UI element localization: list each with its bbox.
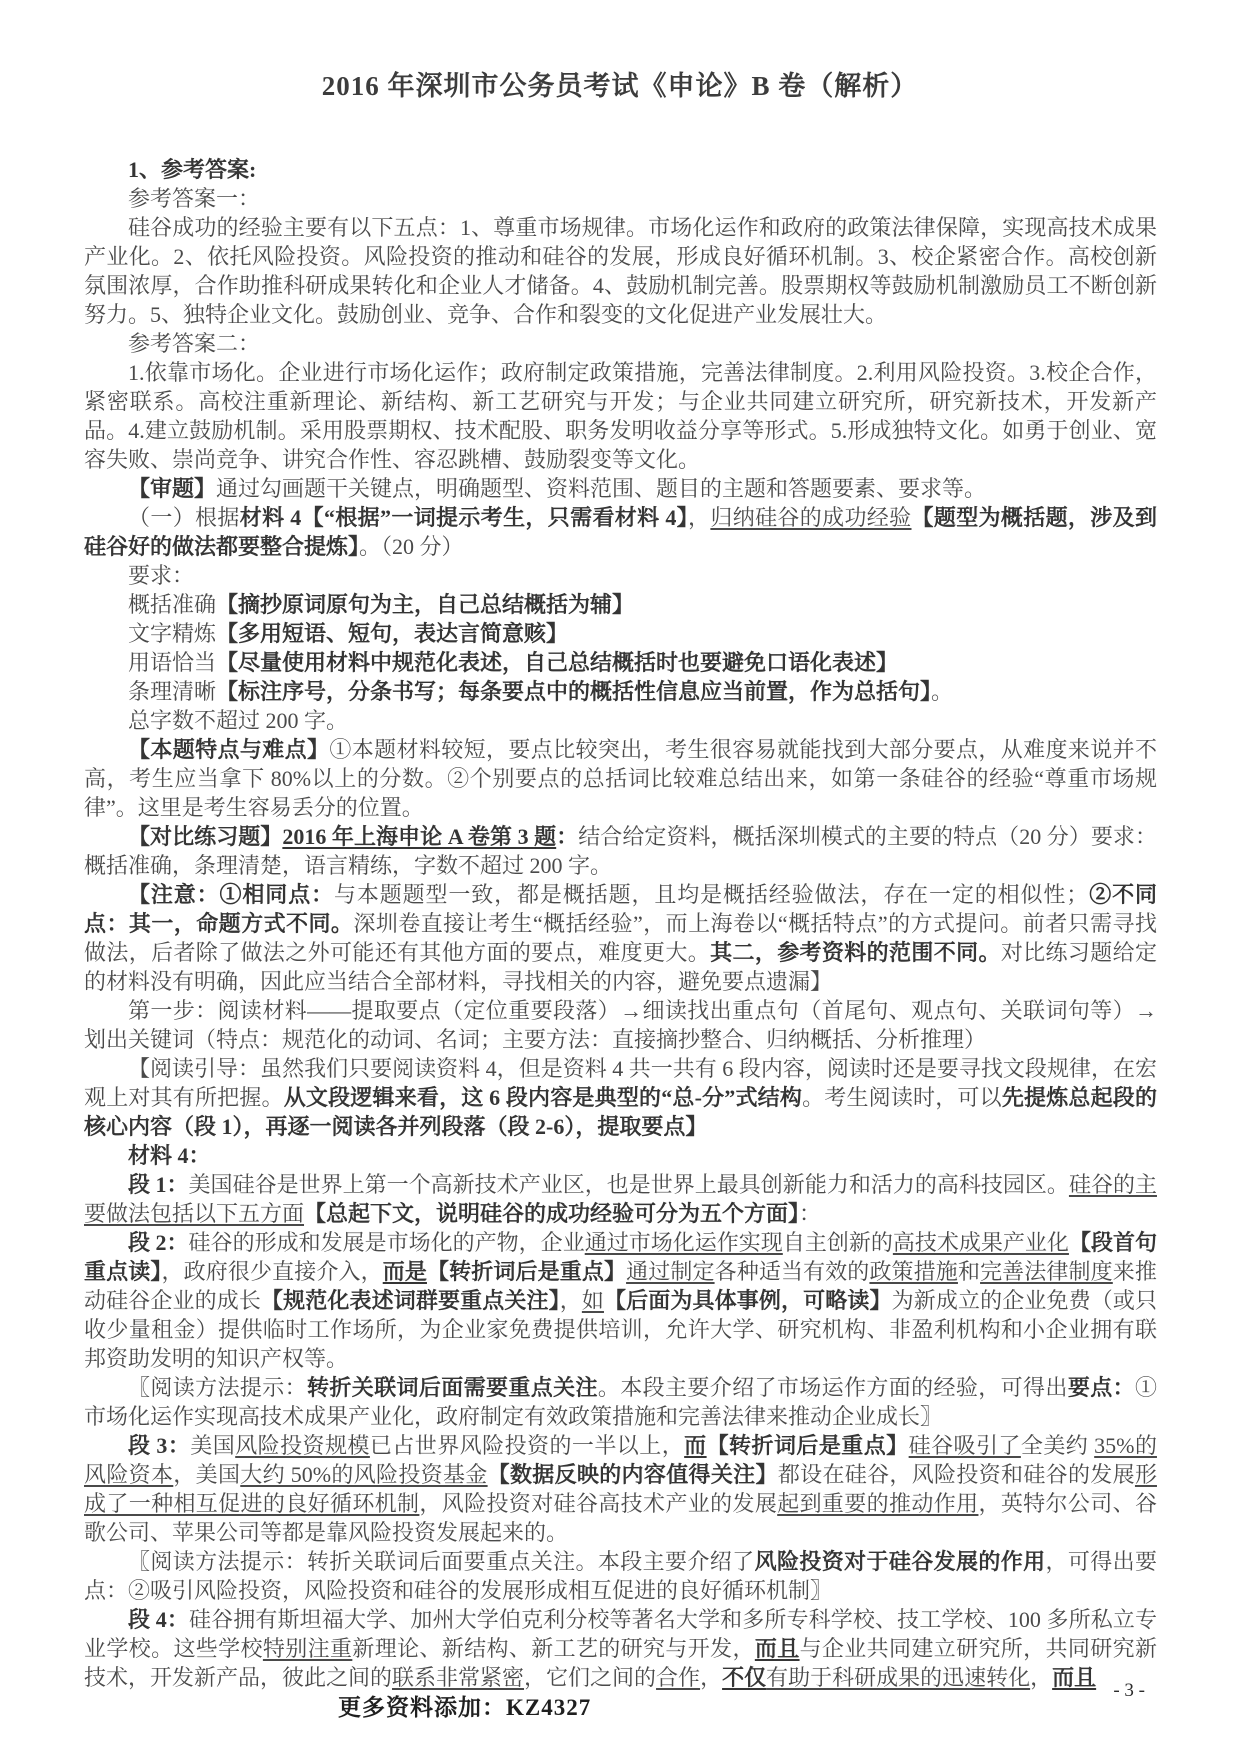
material-4-para-4-run: 而且 [755, 1636, 800, 1661]
question-1-run: 。（20 分） [359, 534, 464, 559]
material-4-para-3-run: 起到重要的推动作用 [777, 1491, 978, 1516]
comparison-note-run: 与本题题型一致，都是概括题，且均是概括经验做法，存在一定的相似性； [334, 882, 1088, 907]
answer-key-heading: 1、参考答案: [84, 155, 1157, 184]
reading-guide-run: 从文段逻辑来看，这 6 段内容是典型的“总-分”式结构 [284, 1085, 802, 1110]
material-4-para-4-run: 新理论、新结构、新工艺的研究与开发， [352, 1636, 754, 1661]
material-4-para-4-run: ，它们之间的 [524, 1665, 656, 1690]
reading-tip-para-3: 〖阅读方法提示：转折关联词后面要重点关注。本段主要介绍了风险投资对于硅谷发展的作… [84, 1547, 1157, 1605]
material-4-para-2-run: 【后面为具体事例，可略读】 [604, 1288, 892, 1313]
requirement-concise-run: 【多用短语、短句，表达言简意赅】 [216, 621, 568, 646]
material-4-para-2-run: 和 [958, 1259, 980, 1284]
comparison-note: 【注意：①相同点：与本题题型一致，都是概括题，且均是概括经验做法，存在一定的相似… [84, 880, 1157, 996]
comparison-exercise-run: 2016 年上海申论 A 卷第 3 题 [282, 824, 556, 849]
material-4-para-2-run: 自主创新的 [783, 1230, 893, 1255]
comparison-exercise: 【对比练习题】2016 年上海申论 A 卷第 3 题：结合给定资料，概括深圳模式… [84, 822, 1157, 880]
requirement-diction: 用语恰当【尽量使用材料中规范化表述，自己总结概括时也要避免口语化表述】 [84, 648, 1157, 677]
material-4-para-2-run: 高技术成果产业化 [893, 1230, 1069, 1255]
material-4-para-1: 段 1：美国硅谷是世界上第一个高新技术产业区，也是世界上最具创新能力和活力的高科… [84, 1170, 1157, 1228]
reading-tip-para-2-run: 〖阅读方法提示： [128, 1375, 307, 1400]
material-4-para-3-run: 都设在硅谷，风险投资和硅谷的发展 [778, 1462, 1135, 1487]
material-4-para-4-run: ， [700, 1665, 722, 1690]
reading-guide: 【阅读引导：虽然我们只要阅读资料 4，但是资料 4 共一共有 6 段内容，阅读时… [84, 1054, 1157, 1141]
reading-tip-para-2-run: 。本段主要介绍了市场运作方面的经验，可得出 [598, 1375, 1068, 1400]
reading-tip-para-2-run: 要点： [1068, 1375, 1135, 1400]
page-number: - 3 - [1113, 1680, 1145, 1702]
material-4-para-4-run: ， [1030, 1665, 1052, 1690]
requirement-word-limit: 总字数不超过 200 字。 [84, 706, 1157, 735]
material-4-para-4-run: 联系非常紧密 [392, 1665, 524, 1690]
reference-answer-1-run: 硅谷成功的经验主要有以下五点：1、尊重市场规律。市场化运作和政府的政策法律保障，… [84, 215, 1157, 327]
material-4-para-4-run: 特别注重 [263, 1636, 352, 1661]
reading-tip-para-2-run: 转折关联词后面需要重点关注 [307, 1375, 598, 1400]
requirement-diction-run: 用语恰当 [128, 650, 216, 675]
material-4-para-3-run: 全美约 [1021, 1433, 1094, 1458]
material-4-para-3-run: 段 3： [128, 1433, 190, 1458]
requirements-label: 要求： [84, 561, 1157, 590]
material-4-para-3-run: 【转折词后是重点】 [707, 1433, 909, 1458]
material-4-para-4-run: 段 4： [128, 1607, 189, 1632]
material-4-label: 材料 4： [84, 1141, 1157, 1170]
material-4-para-4-run: 有助于科研成果的迅速转化 [766, 1665, 1030, 1690]
comparison-note-run: 其二，参考资料的范围不同。 [710, 940, 1001, 965]
requirement-word-limit-run: 总字数不超过 200 字。 [128, 708, 348, 733]
requirement-concise: 文字精炼【多用短语、短句，表达言简意赅】 [84, 619, 1157, 648]
material-4-para-3-run: 大约 50%的风险投资基金 [240, 1462, 487, 1487]
material-4-para-3-run: 硅谷吸引了 [909, 1433, 1021, 1458]
material-4-para-3-run: 而 [684, 1433, 706, 1458]
material-4-para-3-run: 风险投资规模 [235, 1433, 370, 1458]
material-4-para-2-run: 硅谷的形成和发展是市场化的产物，企业 [189, 1230, 585, 1255]
question-1: （一）根据材料 4【“根据”一词提示考生，只需看材料 4】，归纳硅谷的成功经验【… [84, 503, 1157, 561]
material-4-para-2-run: 段 2： [128, 1230, 189, 1255]
requirement-concise-run: 文字精炼 [128, 621, 216, 646]
material-4-para-4-run: 不仅 [722, 1665, 766, 1690]
material-4-para-2-run: 通过制定 [626, 1259, 715, 1284]
question-1-run: ， [688, 505, 710, 530]
question-review: 【审题】通过勾画题干关键点，明确题型、资料范围、题目的主题和答题要素、要求等。 [84, 474, 1157, 503]
material-4-para-2-run: 各种适当有效的 [715, 1259, 870, 1284]
material-4-para-2-run: 【规范化表述词群要重点关注】 [261, 1288, 560, 1313]
material-4-para-3-run: 【数据反映的内容值得关注】 [488, 1462, 778, 1487]
requirements-label-run: 要求： [128, 563, 194, 588]
reference-answer-1: 硅谷成功的经验主要有以下五点：1、尊重市场规律。市场化运作和政府的政策法律保障，… [84, 213, 1157, 329]
material-4-para-3-run: ，美国 [173, 1462, 240, 1487]
reference-answer-1-label-run: 参考答案一： [128, 186, 260, 211]
material-4-para-2-run: 【转折词后是重点】 [427, 1259, 626, 1284]
material-4-para-2-run: 通过市场化运作实现 [585, 1230, 783, 1255]
requirement-accuracy-run: 【摘抄原词原句为主，自己总结概括为辅】 [216, 592, 634, 617]
comparison-note-run: 【注意：①相同点： [128, 882, 334, 907]
document-body: 1、参考答案:参考答案一：硅谷成功的经验主要有以下五点：1、尊重市场规律。市场化… [84, 155, 1157, 1692]
reading-tip-para-2: 〖阅读方法提示：转折关联词后面需要重点关注。本段主要介绍了市场运作方面的经验，可… [84, 1373, 1157, 1431]
question-features: 【本题特点与难点】①本题材料较短，要点比较突出，考生很容易就能找到大部分要点，从… [84, 735, 1157, 822]
material-4-para-2-run: ， [560, 1288, 582, 1313]
material-4-para-3: 段 3：美国风险投资规模已占世界风险投资的一半以上，而【转折词后是重点】硅谷吸引… [84, 1431, 1157, 1547]
reference-answer-2: 1.依靠市场化。企业进行市场化运作；政府制定政策措施，完善法律制度。2.利用风险… [84, 358, 1157, 474]
document-title: 2016 年深圳市公务员考试《申论》B 卷（解析） [0, 64, 1240, 103]
material-4-para-4-run: 而且 [1052, 1665, 1096, 1690]
material-4-para-3-run: 美国 [190, 1433, 235, 1458]
document-page: 2016 年深圳市公务员考试《申论》B 卷（解析） 1、参考答案:参考答案一：硅… [0, 0, 1240, 1754]
reference-answer-2-label: 参考答案二： [84, 329, 1157, 358]
reading-tip-para-3-run: 〖阅读方法提示：转折关联词后面要重点关注。本段主要介绍了 [128, 1549, 755, 1574]
material-4-para-4-run: 合作 [656, 1665, 700, 1690]
material-4-para-1-run: ： [799, 1201, 821, 1226]
question-1-run: 归纳硅谷的成功经验 [710, 505, 911, 530]
reference-answer-1-label: 参考答案一： [84, 184, 1157, 213]
requirement-organization-run: 【标注序号，分条书写；每条要点中的概括性信息应当前置，作为总括句】 [216, 679, 931, 704]
material-4-para-1-run: 段 1： [128, 1172, 189, 1197]
material-4-para-4: 段 4：硅谷拥有斯坦福大学、加州大学伯克利分校等著名大学和多所专科学校、技工学校… [84, 1605, 1157, 1692]
question-features-run: 【本题特点与难点】 [128, 737, 329, 762]
question-review-run: 通过勾画题干关键点，明确题型、资料范围、题目的主题和答题要素、要求等。 [216, 476, 986, 501]
requirement-accuracy-run: 概括准确 [128, 592, 216, 617]
material-4-para-3-run: 已占世界风险投资的一半以上， [370, 1433, 684, 1458]
material-4-label-run: 材料 4： [128, 1143, 211, 1168]
comparison-exercise-run: 【对比练习题】 [128, 824, 282, 849]
reading-tip-para-3-run: 风险投资对于硅谷发展的作用 [755, 1549, 1046, 1574]
material-4-para-1-run: 美国硅谷是世界上第一个高新技术产业区，也是世界上最具创新能力和活力的高科技园区。 [189, 1172, 1069, 1197]
material-4-para-2-run: 而是 [383, 1259, 427, 1284]
reference-answer-2-run: 1.依靠市场化。企业进行市场化运作；政府制定政策措施，完善法律制度。2.利用风险… [84, 360, 1157, 472]
material-4-para-2-run: ，政府很少直接介入， [162, 1259, 383, 1284]
question-1-run: 材料 4【“根据”一词提示考生，只需看材料 4】 [240, 505, 688, 530]
material-4-para-2-run: 如 [582, 1288, 604, 1313]
requirement-organization-run: 。 [931, 679, 953, 704]
material-4-para-1-run: 【总起下文，说明硅谷的成功经验可分为五个方面】 [304, 1201, 799, 1226]
reference-answer-2-label-run: 参考答案二： [128, 331, 260, 356]
question-1-run: （一）根据 [128, 505, 240, 530]
answer-key-heading-run: 1、参考答案: [128, 157, 256, 182]
requirement-diction-run: 【尽量使用材料中规范化表述，自己总结概括时也要避免口语化表述】 [216, 650, 898, 675]
requirement-accuracy: 概括准确【摘抄原词原句为主，自己总结概括为辅】 [84, 590, 1157, 619]
requirement-organization-run: 条理清晰 [128, 679, 216, 704]
reading-guide-run: 。考生阅读时，可以 [802, 1085, 1002, 1110]
material-4-para-3-run: ，风险投资对硅谷高技术产业的发展 [419, 1491, 777, 1516]
requirement-organization: 条理清晰【标注序号，分条书写；每条要点中的概括性信息应当前置，作为总括句】。 [84, 677, 1157, 706]
material-4-para-2-run: 完善法律制度 [980, 1259, 1113, 1284]
material-4-para-2: 段 2：硅谷的形成和发展是市场化的产物，企业通过市场化运作实现自主创新的高技术成… [84, 1228, 1157, 1373]
footer-promo-text: 更多资料添加：KZ4327 [338, 1689, 591, 1722]
step-1: 第一步：阅读材料——提取要点（定位重要段落）→细读找出重点句（首尾句、观点句、关… [84, 996, 1157, 1054]
question-review-run: 【审题】 [128, 476, 216, 501]
step-1-run: 第一步：阅读材料——提取要点（定位重要段落）→细读找出重点句（首尾句、观点句、关… [84, 998, 1157, 1052]
comparison-exercise-run: ： [556, 824, 578, 849]
material-4-para-2-run: 政策措施 [869, 1259, 958, 1284]
